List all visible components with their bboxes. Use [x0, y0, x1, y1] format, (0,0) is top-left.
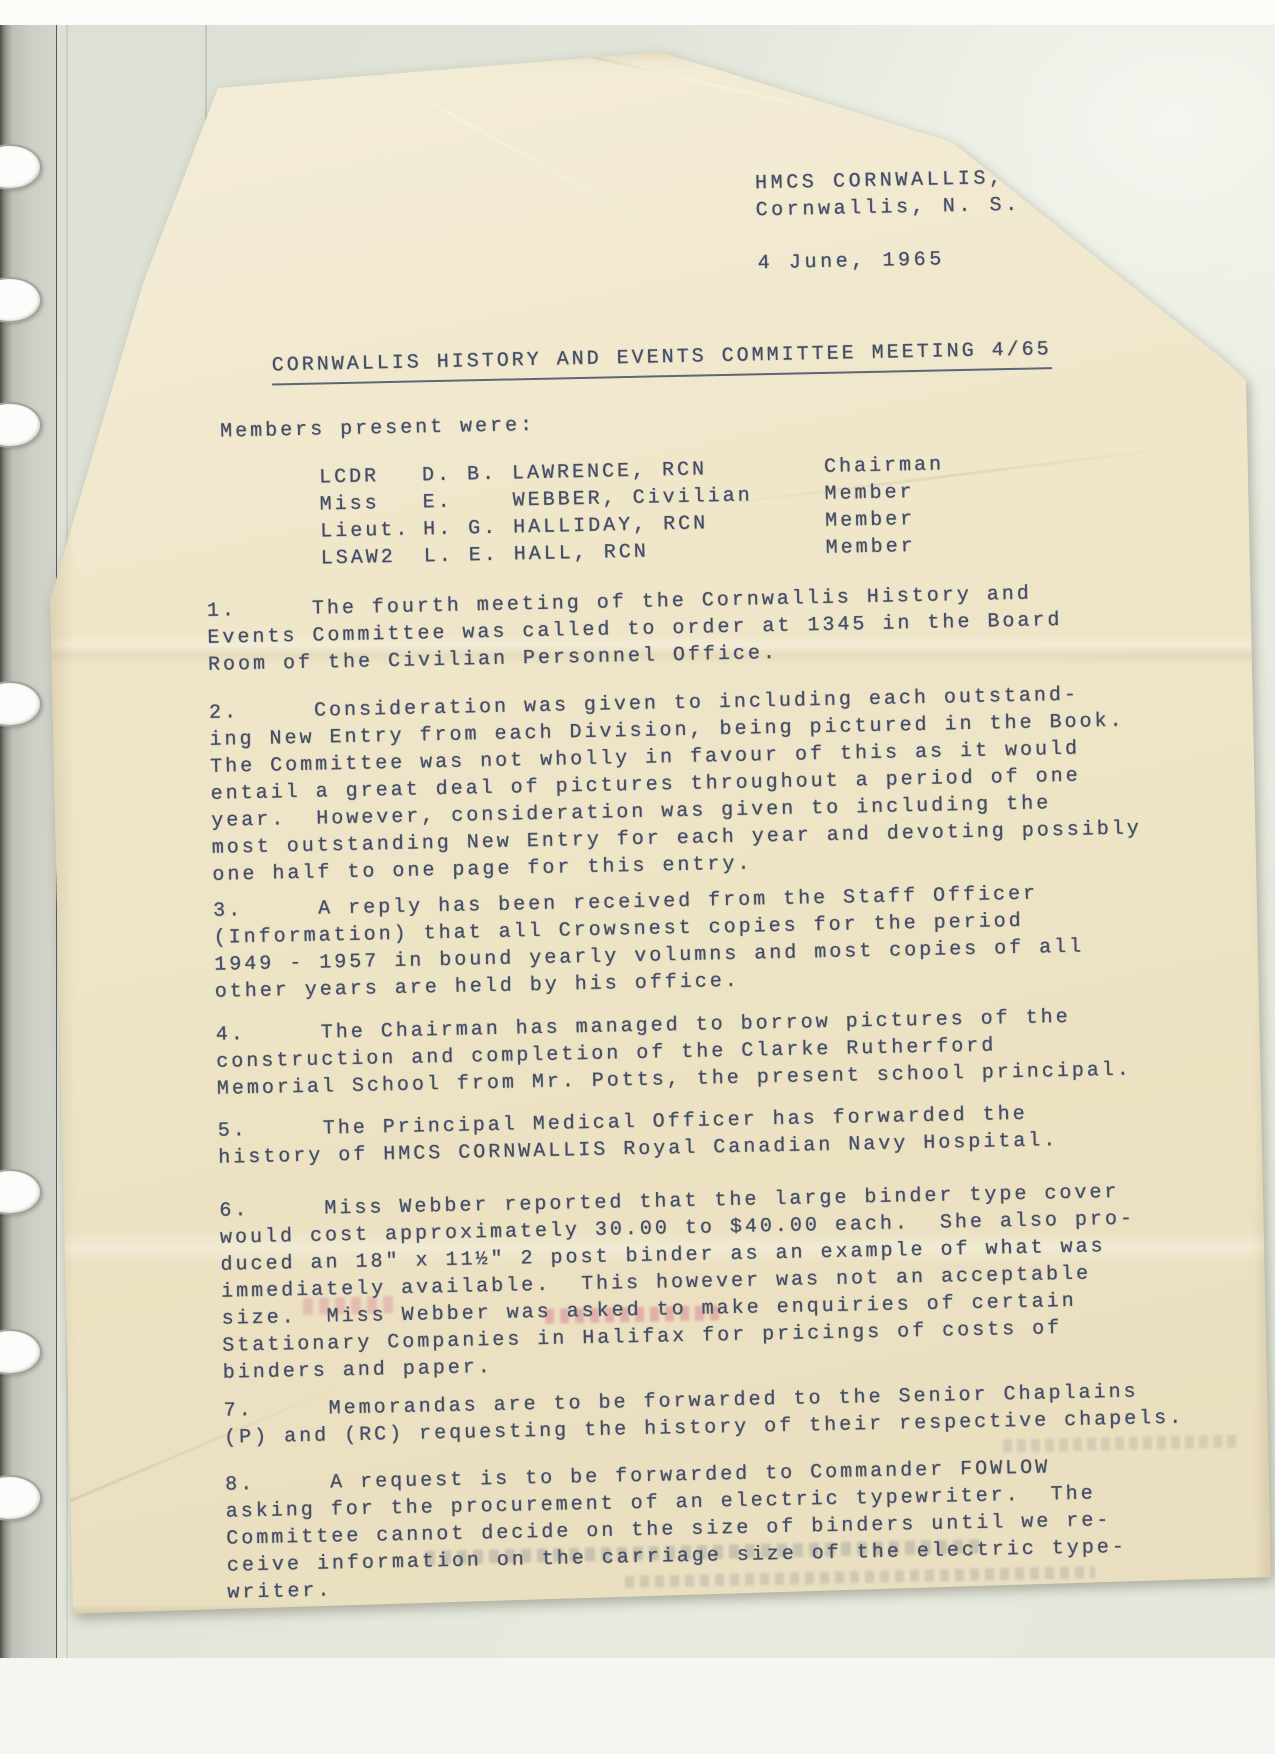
member-role: Member — [825, 506, 916, 535]
member-role: Member — [824, 479, 915, 508]
member-rank: LCDR — [319, 463, 380, 491]
paragraph-5: 5. The Principal Medical Officer has for… — [217, 1100, 1058, 1172]
paragraph-2: 2. Consideration was given to including … — [209, 680, 1143, 888]
meeting-title-text: CORNWALLIS HISTORY AND EVENTS COMMITTEE … — [271, 336, 1052, 385]
binder-edge-band — [0, 25, 57, 1658]
letterhead-line-2: Cornwallis, N. S. — [755, 194, 1021, 223]
letterhead: HMCS CORNWALLIS,Cornwallis, N. S. — [755, 165, 1021, 225]
paragraph-1: 1. The fourth meeting of the Cornwallis … — [207, 580, 1064, 679]
meeting-title: CORNWALLIS HISTORY AND EVENTS COMMITTEE … — [271, 336, 1052, 385]
scanned-document-page: HMCS CORNWALLIS,Cornwallis, N. S. 4 June… — [0, 0, 1275, 1754]
scanner-margin-bottom — [0, 1658, 1275, 1754]
date: 4 June, 1965 — [757, 246, 945, 277]
paragraph-8: 8. A request is to be forwarded to Comma… — [225, 1453, 1128, 1607]
member-role: Chairman — [824, 451, 945, 481]
paragraph-3: 3. A reply has been received from the St… — [213, 880, 1085, 1006]
member-name: L. E. HALL, RCN — [423, 539, 649, 571]
typed-sheet: HMCS CORNWALLIS,Cornwallis, N. S. 4 June… — [45, 45, 1271, 1620]
letterhead-line-1: HMCS CORNWALLIS, — [755, 167, 1005, 195]
member-rank: LSAW2 — [321, 544, 397, 573]
member-rank: Lieut. — [320, 517, 411, 546]
paragraph-4: 4. The Chairman has managed to borrow pi… — [215, 1003, 1132, 1103]
member-name: H. G. HALLIDAY, RCN — [423, 510, 709, 543]
paragraph-7: 7. Memorandas are to be forwarded to the… — [223, 1378, 1184, 1452]
scanner-margin-top — [0, 0, 1275, 25]
paragraph-6: 6. Miss Webber reported that the large b… — [219, 1179, 1138, 1387]
member-rank: Miss — [319, 490, 380, 518]
member-role: Member — [825, 533, 916, 562]
members-intro: Members present were: — [220, 412, 536, 446]
